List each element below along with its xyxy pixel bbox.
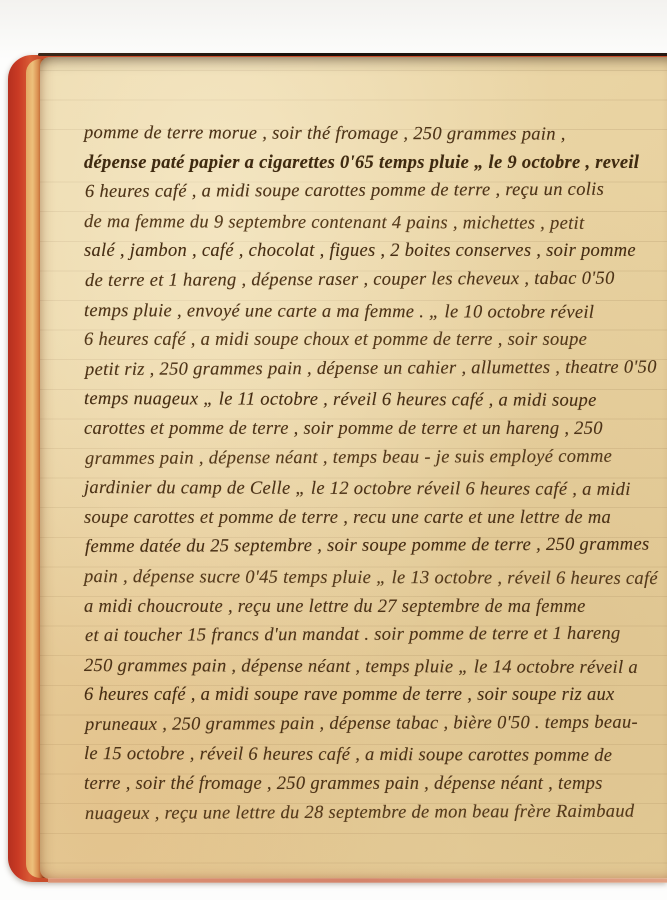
notebook-cover: pomme de terre morue , soir thé fromage … [8,55,667,882]
handwriting-line: temps nuageux „ le 11 octobre , réveil 6… [84,385,661,417]
handwriting-line: pain , dépense sucre 0'45 temps pluie „ … [84,563,661,595]
notebook-bottom-edge [48,878,667,883]
handwriting-line: 6 heures café , a midi soupe rave pomme … [84,681,661,711]
handwriting-line: pomme de terre morue , soir thé fromage … [84,119,661,151]
handwriting-line: temps pluie , envoyé une carte a ma femm… [84,297,661,329]
handwriting-line: et ai toucher 15 francs d'un mandat . so… [85,620,662,652]
handwriting-line: soupe carottes et pomme de terre , recu … [84,504,661,534]
handwriting-lines: pomme de terre morue , soir thé fromage … [84,119,661,829]
handwriting-line: carottes et pomme de terre , soir pomme … [84,415,661,445]
handwriting-line: petit riz , 250 grammes pain , dépense u… [85,353,662,385]
diary-page: pomme de terre morue , soir thé fromage … [40,57,667,879]
notebook-top-edge [38,53,667,56]
handwriting-line: terre , soir thé fromage , 250 grammes p… [84,770,661,800]
handwriting-line: grammes pain , dépense néant , temps bea… [85,442,662,474]
handwriting-line: 6 heures café , a midi soupe carottes po… [85,176,662,208]
handwriting-line: jardinier du camp de Celle „ le 12 octob… [84,474,661,506]
handwriting-line: le 15 octobre , réveil 6 heures café , a… [84,740,661,772]
handwriting-line: 6 heures café , a midi soupe choux et po… [84,326,661,356]
handwriting-line: nuageux , reçu une lettre du 28 septembr… [85,797,662,829]
handwriting-line: a midi choucroute , reçu une lettre du 2… [84,593,661,623]
handwriting-line: pruneaux , 250 grammes pain , dépense ta… [85,708,662,740]
handwriting-line: 250 grammes pain , dépense néant , temps… [84,652,661,684]
handwriting-line: de terre et 1 hareng , dépense raser , c… [85,264,662,296]
handwriting-line: salé , jambon , café , chocolat , figues… [84,237,661,267]
handwriting-line: de ma femme du 9 septembre contenant 4 p… [84,208,661,240]
handwriting-line: dépense paté papier a cigarettes 0'65 te… [84,149,661,179]
handwriting-line: femme datée du 25 septembre , soir soupe… [85,531,662,563]
